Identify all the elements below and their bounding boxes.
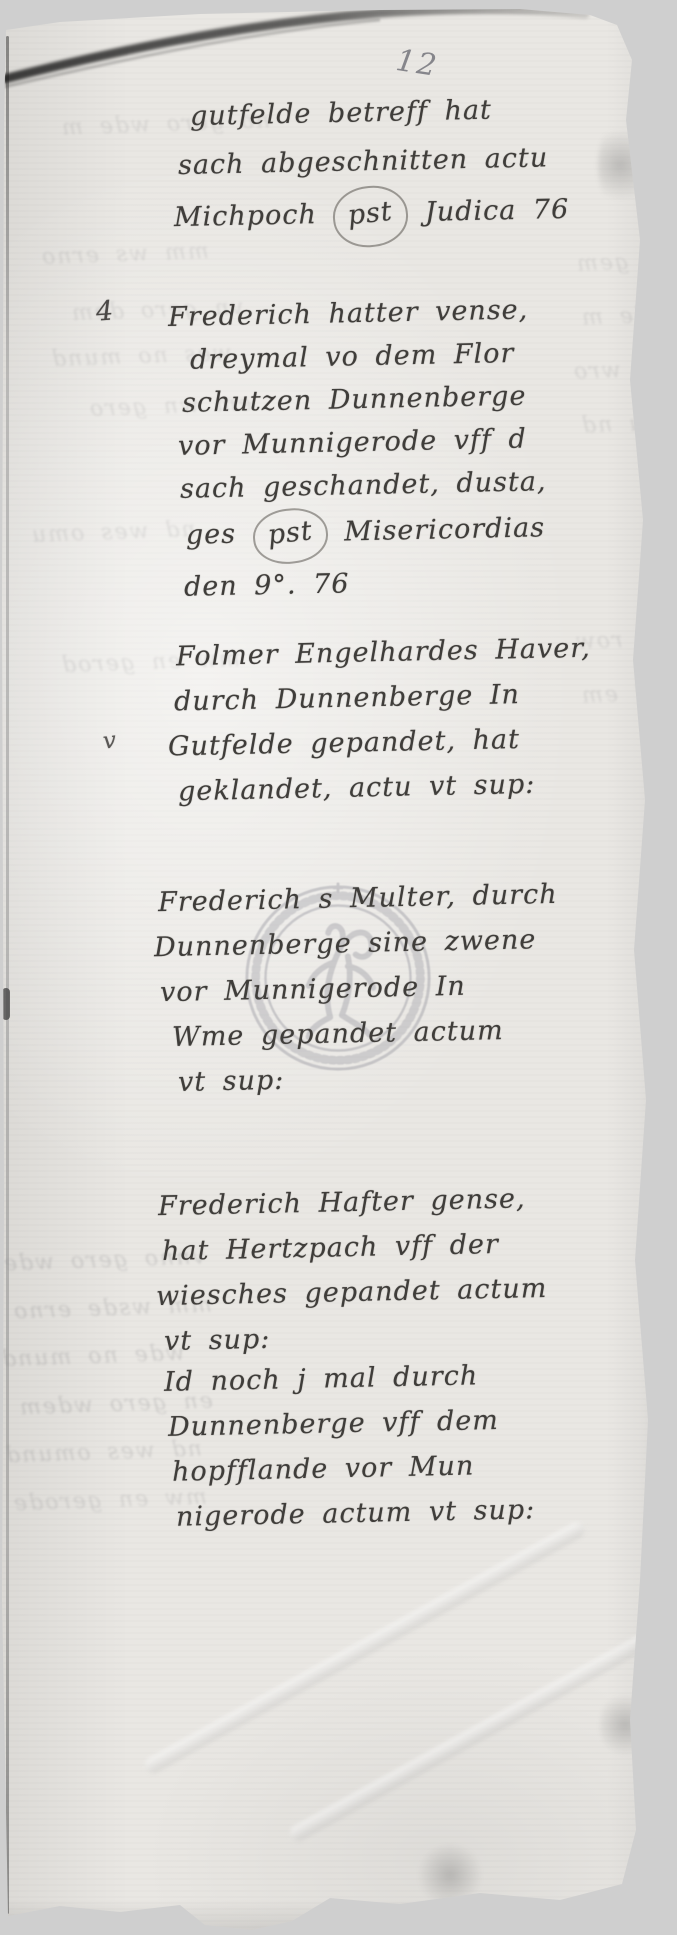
handwritten-line: den 9°. 76 bbox=[184, 558, 547, 609]
handwritten-line: Frederich hatter vense, bbox=[168, 288, 547, 339]
line-text: ges bbox=[186, 519, 237, 551]
record-entry: Frederich Hafter gense, hat Hertzpach vf… bbox=[158, 1180, 547, 1360]
handwritten-line: Michpoch pst Judica 76 bbox=[173, 182, 570, 251]
handwritten-line: vor Munnigerode vff d bbox=[178, 417, 547, 468]
line-text: Misericordias bbox=[344, 512, 545, 547]
record-entry: Frederich s Multer, durch Dunnenberge si… bbox=[158, 876, 558, 1101]
circled-abbreviation: pst bbox=[330, 182, 411, 251]
handwritten-line: geklandet, actu vt sup: bbox=[178, 761, 592, 815]
binding-edge-line bbox=[6, 36, 9, 1914]
edge-smudge bbox=[600, 1690, 650, 1760]
record-entry: Id noch j mal durch Dunnenberge vff dem … bbox=[158, 1356, 535, 1536]
handwritten-line: wiesches gepandet actum bbox=[156, 1266, 548, 1319]
line-text: Michpoch bbox=[174, 199, 317, 233]
fold-crease bbox=[142, 1520, 587, 1776]
page-top-edge-shadow bbox=[0, 0, 677, 120]
record-entry: Frederich hatter vense, dreymal vo dem F… bbox=[168, 292, 547, 605]
handwritten-line: sach geschandet, dusta, bbox=[180, 460, 547, 511]
handwritten-line: hopfflande vor Mun bbox=[172, 1442, 536, 1495]
bleedthrough-text: wde m bbox=[580, 302, 671, 330]
handwritten-line: sach abgeschnitten actu bbox=[178, 133, 570, 190]
bleedthrough-text: nd em bbox=[580, 681, 666, 709]
handwritten-line: hat Hertzpach vff der bbox=[162, 1221, 548, 1274]
circled-abbreviation: pst bbox=[250, 505, 331, 568]
bleedthrough-text: mu nd bbox=[580, 411, 667, 439]
handwritten-line: vt sup: bbox=[178, 1052, 559, 1105]
margin-check-mark: v bbox=[102, 727, 118, 754]
edge-smudge bbox=[598, 120, 642, 210]
handwritten-line: schutzen Dunnenberge bbox=[182, 374, 547, 425]
handwritten-line: Wme gepandet actum bbox=[172, 1007, 559, 1060]
bleedthrough-text: no gem bbox=[575, 248, 676, 276]
margin-entry-number: 4 bbox=[95, 295, 114, 327]
handwritten-line: ges pst Misericordias bbox=[185, 503, 547, 566]
handwritten-line: dreymal vo dem Flor bbox=[190, 331, 547, 381]
binding-stitch bbox=[2, 988, 10, 1020]
scanned-page-photo: no gero wde m mm ws erno vn gero dem wes… bbox=[0, 0, 677, 1935]
handwritten-line: Dunnenberge vff dem bbox=[168, 1397, 536, 1450]
line-text: Judica 76 bbox=[425, 194, 570, 228]
handwritten-line: Id noch j mal durch bbox=[164, 1352, 536, 1405]
manuscript-leaf: no gero wde m mm ws erno vn gero dem wes… bbox=[0, 0, 677, 1935]
record-entry: Folmer Engelhardes Haver, durch Dunnenbe… bbox=[168, 630, 591, 810]
handwritten-line: nigerode actum vt sup: bbox=[176, 1487, 536, 1540]
handwritten-line: Frederich Hafter gense, bbox=[158, 1176, 548, 1229]
ink-smudge bbox=[415, 1845, 485, 1905]
handwritten-line: vor Munnigerode In bbox=[160, 962, 559, 1015]
bleedthrough-text: en wro bbox=[572, 356, 668, 384]
